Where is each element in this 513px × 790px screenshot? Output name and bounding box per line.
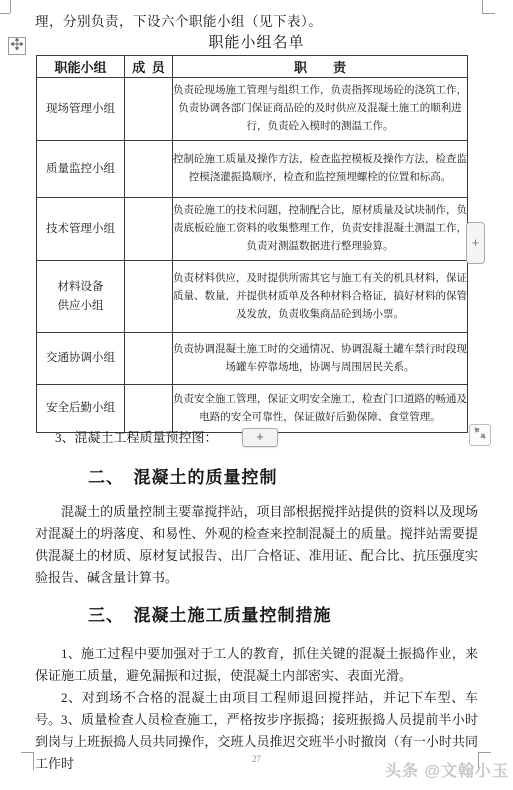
document-page: 理，分别负责，下设六个职能小组（见下表）。 职能小组名单 职能小组 成 员 职 … (0, 0, 513, 790)
group-duty: 控制砼施工质量及操作方法，检查监控模板及操作方法，检查监控模浇灌振捣顺序，检查和… (173, 141, 468, 198)
table-header-row: 职能小组 成 员 职 责 (37, 56, 468, 78)
table-move-handle[interactable] (8, 37, 26, 55)
col-header-group: 职能小组 (37, 56, 125, 78)
group-duty: 负责安全施工管理，保证文明安全施工，检查门口道路的畅通及电路的安全可靠性，保证做… (173, 385, 468, 433)
table-row: 安全后勤小组 负责安全施工管理，保证文明安全施工，检查门口道路的畅通及电路的安全… (37, 385, 468, 433)
functional-groups-table: 职能小组 成 员 职 责 现场管理小组 负责砼现场施工管理与组织工作，负责指挥现… (36, 55, 468, 433)
table-row: 现场管理小组 负责砼现场施工管理与组织工作，负责指挥现场砼的浇筑工作，负责协调各… (37, 78, 468, 141)
margin-mark-top-right (482, 0, 483, 13)
margin-mark-bottom-left (21, 752, 33, 753)
table-title: 职能小组名单 (0, 31, 513, 52)
margin-mark-top-left (10, 0, 11, 13)
intro-line: 理，分别负责，下设六个职能小组（见下表）。 (35, 10, 322, 30)
group-name: 质量监控小组 (37, 141, 125, 198)
figure-caption: 3、混凝土工程质量预控图： (55, 427, 218, 446)
section3-paragraph-1: 1、施工过程中要加强对于工人的教育，抓住关键的混凝土振捣作业，来保证施工质量，避… (35, 643, 478, 687)
section-heading-3: 三、 混凝土施工质量控制措施 (88, 601, 332, 626)
group-name: 技术管理小组 (37, 198, 125, 261)
col-header-member: 成 员 (125, 56, 173, 78)
expand-figure-button[interactable]: + (242, 428, 278, 447)
group-member (125, 78, 173, 141)
group-member (125, 333, 173, 385)
margin-mark-top-right (482, 13, 495, 14)
section2-paragraph: 混凝土的质量控制主要靠搅拌站，项目部根据搅拌站提供的资料以及现场对混凝土的坍落度… (35, 501, 478, 589)
group-name: 材料设备 供应小组 (37, 261, 125, 333)
col-header-duty: 职 责 (173, 56, 468, 78)
table-row: 技术管理小组 负责砼施工的技术问题，控制配合比，原材质量及试块制作，负责底板砼施… (37, 198, 468, 261)
group-member (125, 385, 173, 433)
resize-diagonal-icon (473, 426, 487, 445)
group-name: 安全后勤小组 (37, 385, 125, 433)
group-duty: 负责材料供应，及时提供所需其它与施工有关的机具材料，保证质量、数量，并提供材质单… (173, 261, 468, 333)
group-member (125, 261, 173, 333)
group-duty: 负责砼现场施工管理与组织工作，负责指挥现场砼的浇筑工作，负责协调各部门保证商品砼… (173, 78, 468, 141)
table-row: 交通协调小组 负责协调混凝土施工时的交通情况、协调混凝土罐车禁行时段现场罐车停靠… (37, 333, 468, 385)
section-heading-2: 二、 混凝土的质量控制 (88, 463, 278, 488)
group-member (125, 198, 173, 261)
move-cross-icon (11, 37, 23, 55)
margin-mark-top-left (0, 13, 10, 14)
group-member (125, 141, 173, 198)
group-name: 现场管理小组 (37, 78, 125, 141)
margin-mark-bottom-right (479, 752, 491, 753)
group-name: 交通协调小组 (37, 333, 125, 385)
group-duty: 负责协调混凝土施工时的交通情况、协调混凝土罐车禁行时段现场罐车停靠场地，协调与周… (173, 333, 468, 385)
group-duty: 负责砼施工的技术问题，控制配合比，原材质量及试块制作，负责底板砼施工资料的收集整… (173, 198, 468, 261)
table-add-button[interactable]: + (466, 222, 485, 264)
table-resize-handle[interactable] (469, 424, 491, 446)
table-row: 材料设备 供应小组 负责材料供应，及时提供所需其它与施工有关的机具材料，保证质量… (37, 261, 468, 333)
table-row: 质量监控小组 控制砼施工质量及操作方法，检查监控模板及操作方法，检查监控模浇灌振… (37, 141, 468, 198)
watermark: 头条 @文翰小玉 (385, 758, 509, 781)
